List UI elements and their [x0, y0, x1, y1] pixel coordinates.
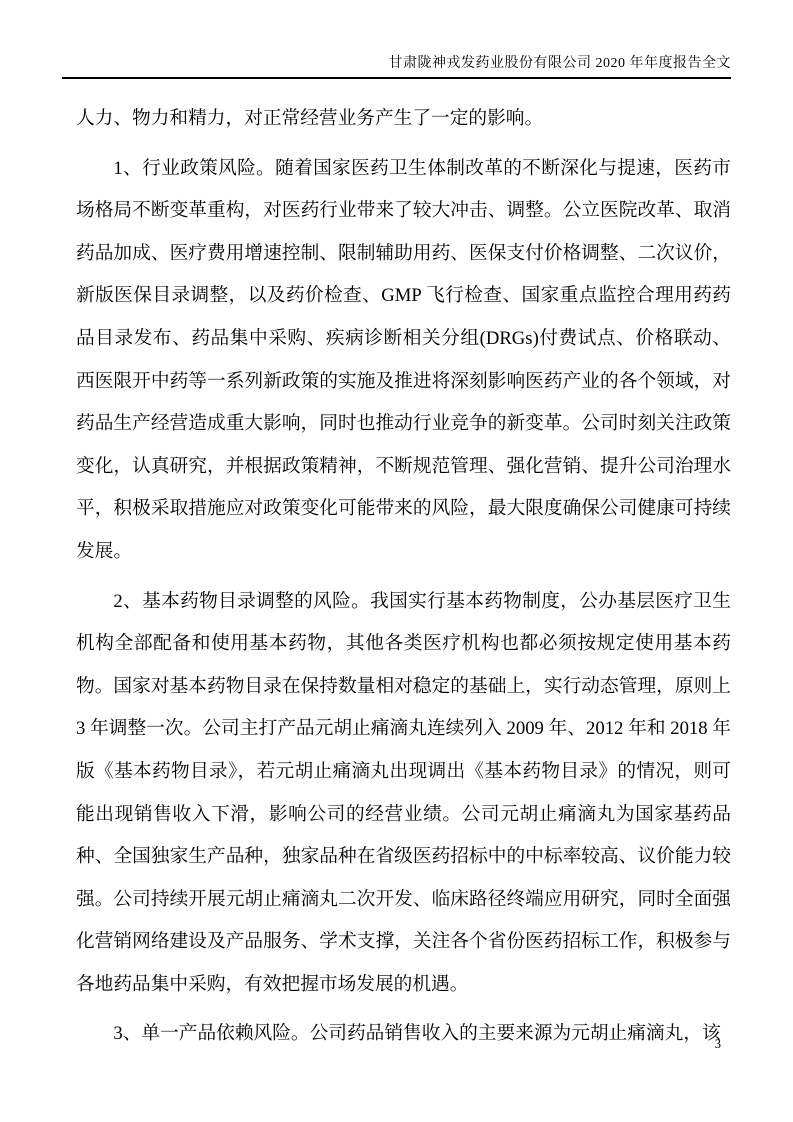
paragraph-continuation: 人力、物力和精力，对正常经营业务产生了一定的影响。 — [76, 98, 731, 141]
page-footer: 3 — [715, 1036, 721, 1052]
paragraph-essential-drug-list-risk: 2、基本药物目录调整的风险。我国实行基本药物制度，公办基层医疗卫生机构全部配备和… — [76, 581, 731, 1007]
header-divider — [62, 77, 731, 79]
document-body: 人力、物力和精力，对正常经营业务产生了一定的影响。 1、行业政策风险。随着国家医… — [76, 98, 731, 1056]
report-page: 甘肃陇神戎发药业股份有限公司 2020 年年度报告全文 人力、物力和精力，对正常… — [0, 0, 793, 1122]
paragraph-industry-policy-risk: 1、行业政策风险。随着国家医药卫生体制改革的不断深化与提速，医药市场格局不断变革… — [76, 148, 731, 574]
paragraph-single-product-risk: 3、单一产品依赖风险。公司药品销售收入的主要来源为元胡止痛滴丸，该 — [76, 1013, 731, 1056]
header-title: 甘肃陇神戎发药业股份有限公司 2020 年年度报告全文 — [62, 55, 731, 73]
page-header: 甘肃陇神戎发药业股份有限公司 2020 年年度报告全文 — [62, 55, 731, 73]
page-number: 3 — [715, 1037, 721, 1051]
